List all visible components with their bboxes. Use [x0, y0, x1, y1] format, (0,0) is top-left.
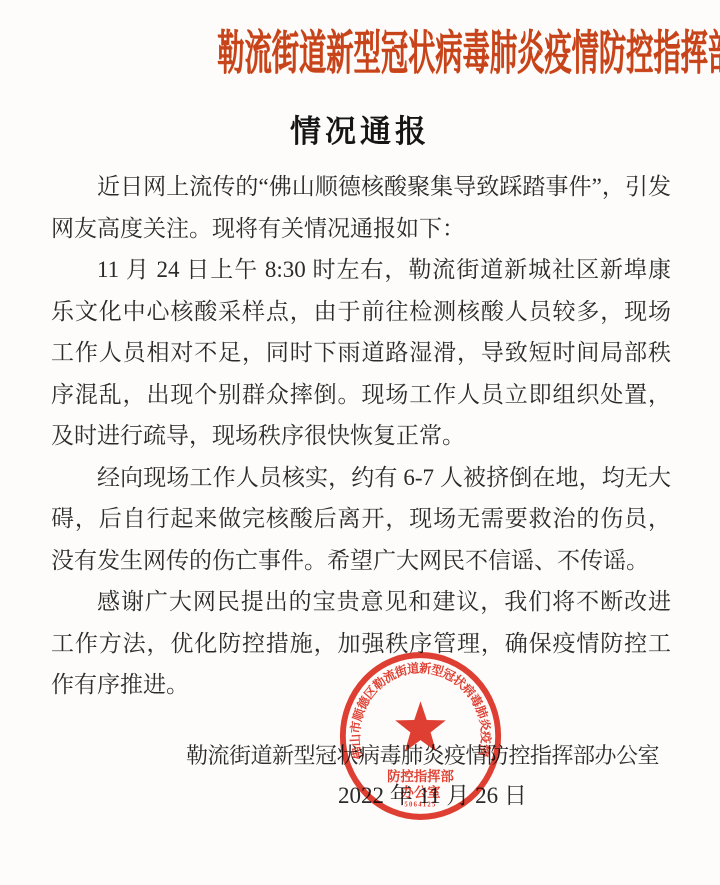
paragraph-verification: 经向现场工作人员核实，约有 6-7 人被挤倒在地，均无大碍，后自行起来做完核酸后… [51, 457, 671, 582]
seal-line2: 办公室 [400, 784, 440, 800]
document-title: 情况通报 [0, 106, 720, 151]
star-icon [395, 701, 446, 751]
letterhead-double-rule [52, 82, 658, 91]
seal-line1: 防控指挥部 [387, 768, 454, 784]
paragraph-incident: 11 月 24 日上午 8:30 时左右，勒流街道新城社区新埠康乐文化中心核酸采… [51, 249, 671, 457]
seal-code: 5064125 [404, 801, 436, 808]
document-body: 近日网上流传的“佛山顺德核酸聚集导致踩踏事件”，引发网友高度关注。现将有关情况通… [51, 166, 671, 706]
letterhead-org-name: 勒流街道新型冠状病毒肺炎疫情防控指挥部办公室 [217, 16, 720, 83]
letterhead: 勒流街道新型冠状病毒肺炎疫情防控指挥部办公室 [0, 16, 720, 83]
official-seal: 佛山市顺德区勒流街道新型冠状病毒肺炎疫情 防控指挥部 办公室 5064125 [337, 649, 504, 823]
paragraph-intro: 近日网上流传的“佛山顺德核酸聚集导致踩踏事件”，引发网友高度关注。现将有关情况通… [51, 166, 671, 249]
notice-document-page: 勒流街道新型冠状病毒肺炎疫情防控指挥部办公室 情况通报 近日网上流传的“佛山顺德… [0, 0, 720, 885]
red-star-seal-icon: 佛山市顺德区勒流街道新型冠状病毒肺炎疫情 防控指挥部 办公室 5064125 [337, 649, 504, 823]
